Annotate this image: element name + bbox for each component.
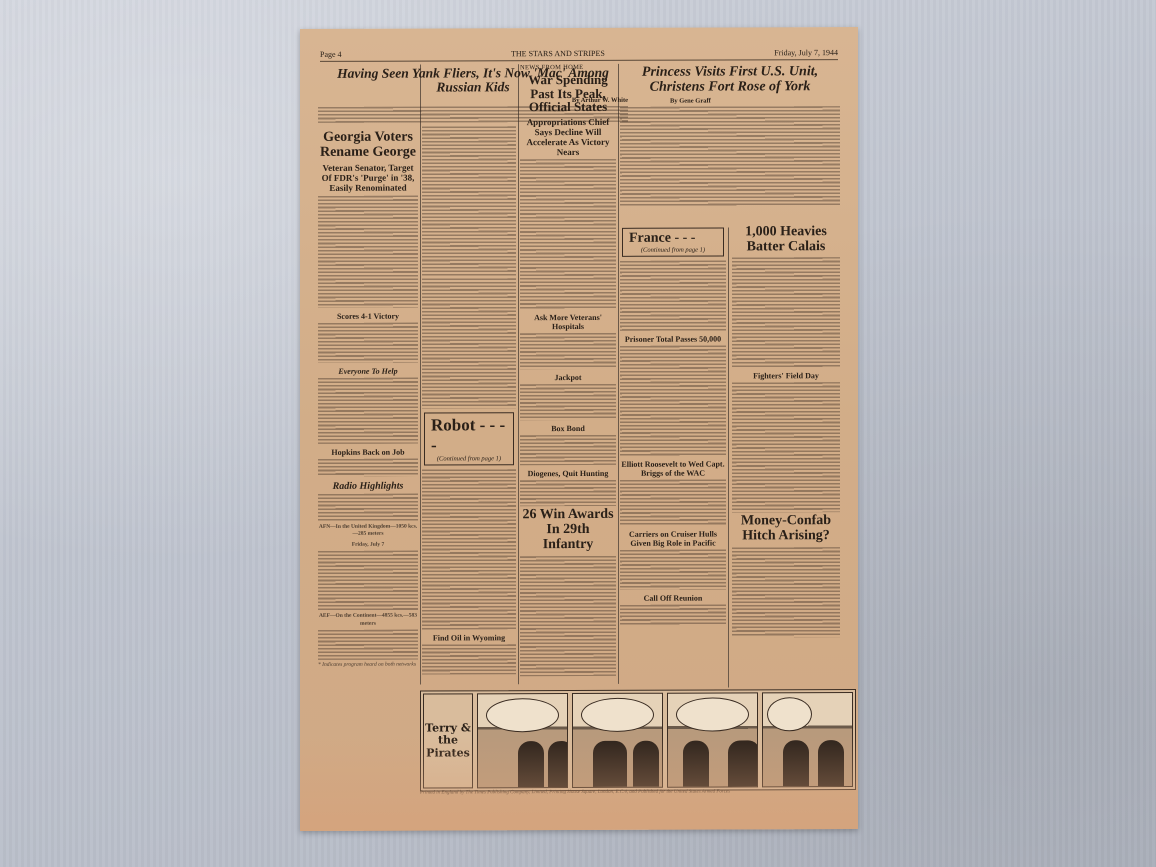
column-2: Robot - - - - (Continued from page 1) Fi…: [422, 124, 516, 684]
subhead-dewey: Everyone To Help: [318, 367, 418, 376]
headline-france: France - - -: [629, 231, 717, 247]
radio-day: Friday, July 7: [318, 542, 418, 549]
comic-panel: [572, 693, 663, 788]
headline-roosevelt: Elliott Roosevelt to Wed Capt. Briggs of…: [620, 459, 726, 477]
comic-panel: [477, 693, 568, 788]
imprint-line: Printed in England by The Times Publishi…: [420, 789, 730, 795]
france-continued: (Continued from page 1): [629, 247, 717, 254]
column-5: 1,000 Heavies Batter Calais Fighters' Fi…: [732, 223, 840, 683]
article-princess: Princess Visits First U.S. Unit, Christe…: [620, 63, 840, 224]
subhead-georgia: Scores 4-1 Victory: [318, 312, 418, 321]
france-box: France - - - (Continued from page 1): [622, 227, 724, 256]
headline-georgia: Georgia Voters Rename George: [318, 131, 418, 161]
comic-strip: Terry & the Pirates: [420, 689, 856, 792]
headline-diogenes: Diogenes, Quit Hunting: [520, 469, 616, 478]
headline-jackpot: Jackpot: [520, 373, 616, 382]
page-number: Page 4: [320, 49, 342, 58]
radio-footnote: * Indicates program heard on both networ…: [318, 661, 418, 668]
column-1-lower: Georgia Voters Rename George Veteran Sen…: [318, 129, 418, 689]
radio-afn-uk: AFN—In the United Kingdom—1050 kcs.—285 …: [318, 524, 418, 539]
headline-veterans: Ask More Veterans' Hospitals: [520, 313, 616, 331]
robot-continued: (Continued from page 1): [431, 455, 507, 462]
issue-date: Friday, July 7, 1944: [774, 48, 838, 57]
kicker-spending: NEWS FROM HOME: [520, 64, 616, 71]
newspaper-name: THE STARS AND STRIPES: [511, 48, 605, 57]
subhead-heavies: Fighters' Field Day: [732, 371, 840, 380]
column-3: NEWS FROM HOME War Spending Past Its Pea…: [520, 64, 616, 684]
headline-heavies: 1,000 Heavies Batter Calais: [732, 225, 840, 255]
headline-reunion: Call Off Reunion: [620, 593, 726, 602]
robot-box: Robot - - - - (Continued from page 1): [424, 412, 514, 465]
headline-carriers: Carriers on Cruiser Hulls Given Big Role…: [620, 529, 726, 547]
column-rule: [420, 65, 421, 685]
comic-panel: [762, 692, 853, 787]
column-rule: [618, 64, 619, 684]
column-rule: [728, 227, 729, 687]
byline-princess: By Gene Graff: [670, 97, 840, 105]
headline-spending: War Spending Past Its Peak, Official Sta…: [520, 73, 616, 114]
headline-robot: Robot - - - -: [431, 415, 507, 455]
deck-spending: Appropriations Chief Says Decline Will A…: [520, 118, 616, 158]
deck-georgia: Veteran Senator, Target Of FDR's 'Purge'…: [318, 164, 418, 194]
radio-afn-continent: AEF—On the Continent—4855 kcs.—583 meter…: [318, 613, 418, 628]
column-rule: [518, 64, 519, 684]
column-4: France - - - (Continued from page 1) Pri…: [620, 223, 726, 683]
headline-bond: Box Bond: [520, 424, 616, 433]
comic-title: Terry & the Pirates: [423, 693, 473, 788]
headline-confab: Money-Confab Hitch Arising?: [732, 514, 840, 544]
headline-infantry: 26 Win Awards In 29th Infantry: [520, 508, 616, 552]
headline-radio: Radio Highlights: [318, 481, 418, 492]
headline-princess: Princess Visits First U.S. Unit, Christe…: [620, 65, 840, 95]
newspaper-page: Page 4 THE STARS AND STRIPES Friday, Jul…: [300, 27, 858, 831]
masthead: Page 4 THE STARS AND STRIPES Friday, Jul…: [320, 45, 838, 62]
comic-panel: [667, 692, 758, 787]
headline-hopkins: Hopkins Back on Job: [318, 448, 418, 457]
headline-wyoming: Find Oil in Wyoming: [422, 633, 516, 642]
subhead-france: Prisoner Total Passes 50,000: [620, 334, 726, 343]
